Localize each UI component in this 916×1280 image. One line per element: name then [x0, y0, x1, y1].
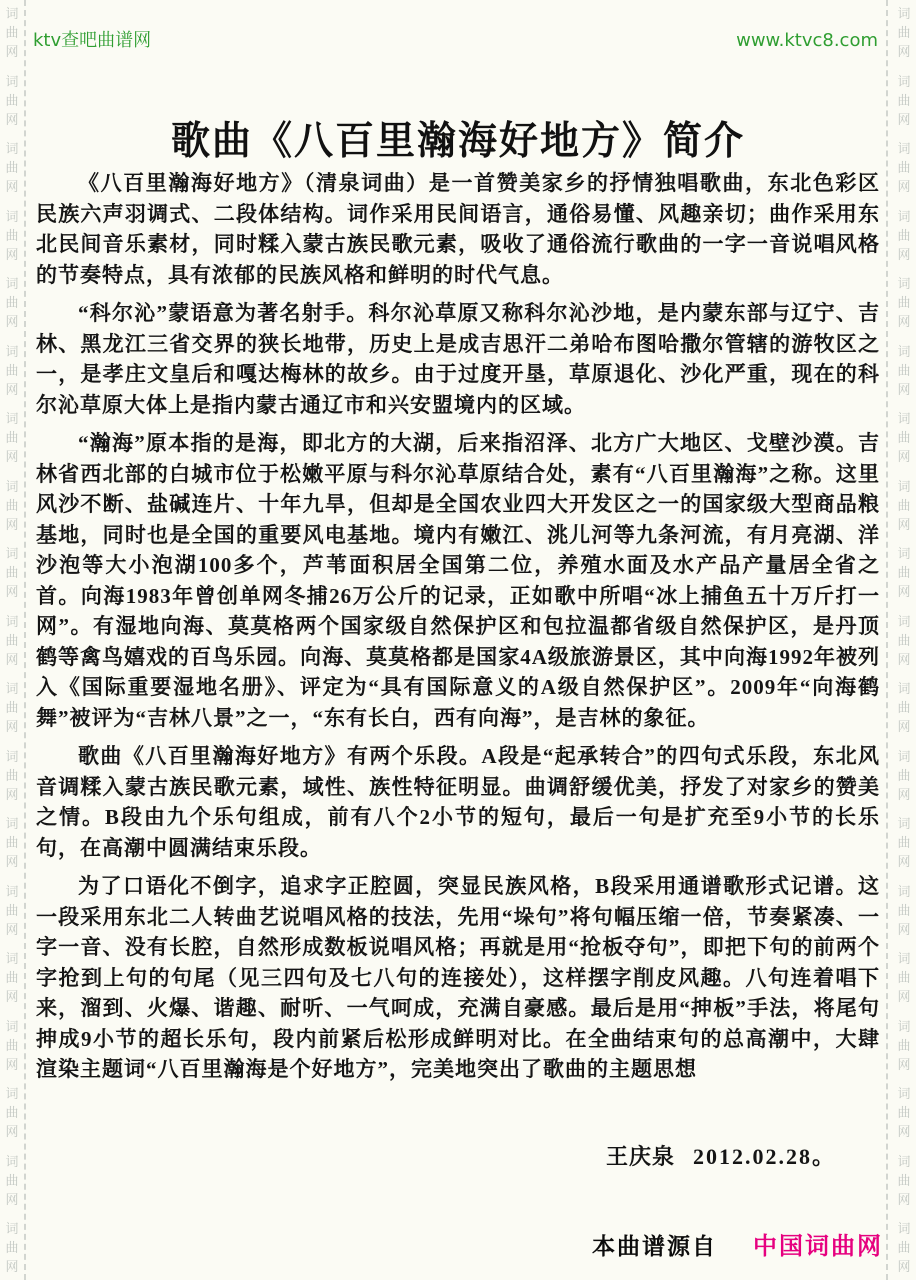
watermark-char: 曲	[5, 1103, 18, 1122]
watermark-char: 网	[897, 1055, 910, 1074]
watermark-group: 词曲网	[5, 342, 18, 399]
watermark-group: 词曲网	[897, 409, 910, 466]
watermark-char: 曲	[5, 833, 18, 852]
watermark-char: 网	[5, 177, 18, 196]
watermark-group: 词曲网	[897, 72, 910, 129]
watermark-char: 网	[5, 717, 18, 736]
watermark-char: 词	[5, 1017, 18, 1036]
left-watermark-column: 词曲网词曲网词曲网词曲网词曲网词曲网词曲网词曲网词曲网词曲网词曲网词曲网词曲网词…	[3, 4, 21, 1276]
watermark-char: 曲	[897, 91, 910, 110]
watermark-char: 网	[897, 515, 910, 534]
watermark-group: 词曲网	[897, 4, 910, 61]
watermark-char: 词	[5, 949, 18, 968]
watermark-group: 词曲网	[5, 1152, 18, 1209]
watermark-char: 曲	[897, 496, 910, 515]
watermark-char: 网	[897, 447, 910, 466]
watermark-char: 网	[897, 1190, 910, 1209]
watermark-group: 词曲网	[5, 1084, 18, 1141]
watermark-group: 词曲网	[5, 72, 18, 129]
watermark-char: 曲	[5, 226, 18, 245]
watermark-char: 网	[897, 42, 910, 61]
watermark-char: 网	[897, 177, 910, 196]
watermark-char: 网	[897, 650, 910, 669]
watermark-char: 曲	[897, 293, 910, 312]
watermark-char: 网	[5, 1122, 18, 1141]
watermark-group: 词曲网	[897, 612, 910, 669]
watermark-char: 网	[5, 380, 18, 399]
watermark-char: 网	[897, 987, 910, 1006]
watermark-char: 网	[5, 920, 18, 939]
watermark-group: 词曲网	[897, 882, 910, 939]
watermark-char: 网	[5, 785, 18, 804]
watermark-group: 词曲网	[897, 477, 910, 534]
paragraph-intro: 《八百里瀚海好地方》（清泉词曲）是一首赞美家乡的抒情独唱歌曲，东北色彩区民族六声…	[36, 168, 880, 290]
watermark-char: 曲	[5, 428, 18, 447]
watermark-group: 词曲网	[897, 679, 910, 736]
watermark-char: 网	[5, 582, 18, 601]
watermark-char: 词	[5, 747, 18, 766]
watermark-char: 词	[897, 1084, 910, 1103]
left-dashed-border	[24, 0, 26, 1280]
watermark-group: 词曲网	[5, 612, 18, 669]
watermark-char: 词	[897, 274, 910, 293]
article-body: 《八百里瀚海好地方》（清泉词曲）是一首赞美家乡的抒情独唱歌曲，东北色彩区民族六声…	[36, 168, 880, 1085]
watermark-char: 曲	[5, 496, 18, 515]
watermark-group: 词曲网	[5, 949, 18, 1006]
watermark-char: 词	[897, 477, 910, 496]
watermark-group: 词曲网	[5, 4, 18, 61]
signature-line: 王庆泉2012.02.28。	[606, 1140, 836, 1171]
watermark-char: 曲	[5, 968, 18, 987]
watermark-group: 词曲网	[897, 207, 910, 264]
watermark-group: 词曲网	[897, 1219, 910, 1276]
watermark-char: 曲	[897, 23, 910, 42]
page-footer: 本曲谱源自 中国词曲网	[592, 1226, 883, 1261]
watermark-char: 网	[897, 1122, 910, 1141]
site-link-right[interactable]: www.ktvc8.com	[736, 30, 878, 51]
watermark-char: 网	[5, 852, 18, 871]
watermark-char: 词	[5, 72, 18, 91]
watermark-char: 词	[5, 207, 18, 226]
watermark-char: 词	[897, 139, 910, 158]
watermark-char: 词	[5, 274, 18, 293]
watermark-char: 曲	[897, 698, 910, 717]
watermark-char: 曲	[897, 766, 910, 785]
watermark-char: 网	[897, 785, 910, 804]
page-header: ktv查吧曲谱网 www.ktvc8.com	[33, 26, 878, 52]
watermark-char: 网	[5, 447, 18, 466]
right-dashed-border	[886, 0, 888, 1280]
watermark-char: 网	[5, 245, 18, 264]
watermark-group: 词曲网	[5, 814, 18, 871]
watermark-char: 词	[5, 1084, 18, 1103]
watermark-char: 词	[897, 342, 910, 361]
watermark-char: 网	[5, 650, 18, 669]
watermark-char: 词	[897, 207, 910, 226]
paragraph-hanhai: “瀚海”原本指的是海，即北方的大湖，后来指沼泽、北方广大地区、戈壁沙漠。吉林省西…	[36, 428, 880, 733]
watermark-char: 网	[5, 1257, 18, 1276]
watermark-char: 词	[5, 139, 18, 158]
watermark-char: 曲	[5, 1171, 18, 1190]
watermark-char: 词	[5, 814, 18, 833]
source-label: 本曲谱源自	[592, 1228, 717, 1261]
watermark-char: 曲	[897, 631, 910, 650]
watermark-char: 词	[897, 882, 910, 901]
watermark-char: 网	[897, 245, 910, 264]
watermark-char: 曲	[5, 766, 18, 785]
watermark-char: 曲	[897, 226, 910, 245]
author-name: 王庆泉	[606, 1144, 675, 1169]
watermark-char: 词	[897, 1017, 910, 1036]
watermark-char: 曲	[5, 901, 18, 920]
watermark-char: 词	[897, 409, 910, 428]
watermark-char: 曲	[897, 428, 910, 447]
watermark-group: 词曲网	[897, 814, 910, 871]
watermark-char: 曲	[5, 158, 18, 177]
watermark-char: 词	[5, 409, 18, 428]
watermark-char: 曲	[897, 968, 910, 987]
watermark-char: 曲	[5, 698, 18, 717]
watermark-char: 词	[897, 544, 910, 563]
watermark-char: 词	[5, 477, 18, 496]
watermark-group: 词曲网	[5, 274, 18, 331]
watermark-group: 词曲网	[897, 1084, 910, 1141]
watermark-char: 曲	[897, 1036, 910, 1055]
watermark-char: 网	[897, 920, 910, 939]
watermark-group: 词曲网	[5, 679, 18, 736]
watermark-group: 词曲网	[5, 747, 18, 804]
watermark-char: 曲	[897, 901, 910, 920]
watermark-char: 曲	[5, 631, 18, 650]
watermark-char: 网	[5, 1055, 18, 1074]
source-site-link[interactable]: 中国词曲网	[753, 1226, 883, 1261]
watermark-char: 曲	[897, 1103, 910, 1122]
watermark-group: 词曲网	[897, 139, 910, 196]
watermark-char: 词	[5, 1219, 18, 1238]
watermark-char: 曲	[5, 563, 18, 582]
paragraph-technique: 为了口语化不倒字，追求字正腔圆，突显民族风格，B段采用通谱歌形式记谱。这一段采用…	[36, 871, 880, 1085]
scanned-document-page: 词曲网词曲网词曲网词曲网词曲网词曲网词曲网词曲网词曲网词曲网词曲网词曲网词曲网词…	[0, 0, 916, 1280]
watermark-group: 词曲网	[897, 1152, 910, 1209]
watermark-char: 网	[897, 717, 910, 736]
watermark-char: 网	[897, 110, 910, 129]
watermark-char: 曲	[897, 361, 910, 380]
watermark-char: 曲	[897, 1171, 910, 1190]
watermark-char: 词	[5, 4, 18, 23]
watermark-group: 词曲网	[5, 1017, 18, 1074]
watermark-char: 曲	[5, 1238, 18, 1257]
watermark-group: 词曲网	[5, 882, 18, 939]
watermark-char: 曲	[897, 563, 910, 582]
watermark-char: 曲	[5, 361, 18, 380]
watermark-char: 网	[5, 110, 18, 129]
site-link-left[interactable]: ktv查吧曲谱网	[33, 26, 151, 52]
watermark-char: 词	[897, 72, 910, 91]
watermark-group: 词曲网	[5, 139, 18, 196]
watermark-char: 词	[897, 4, 910, 23]
watermark-char: 词	[5, 342, 18, 361]
watermark-char: 词	[897, 679, 910, 698]
watermark-char: 网	[5, 515, 18, 534]
watermark-group: 词曲网	[897, 747, 910, 804]
watermark-char: 网	[897, 852, 910, 871]
watermark-char: 词	[897, 814, 910, 833]
page-title: 歌曲《八百里瀚海好地方》简介	[40, 110, 876, 166]
signature-date: 2012.02.28。	[693, 1144, 836, 1169]
watermark-char: 词	[5, 1152, 18, 1171]
watermark-char: 曲	[5, 293, 18, 312]
watermark-char: 词	[5, 612, 18, 631]
watermark-char: 词	[897, 747, 910, 766]
watermark-char: 网	[5, 312, 18, 331]
watermark-char: 词	[5, 544, 18, 563]
watermark-char: 网	[5, 42, 18, 61]
watermark-char: 曲	[897, 833, 910, 852]
watermark-char: 网	[897, 312, 910, 331]
watermark-char: 网	[897, 582, 910, 601]
watermark-char: 词	[5, 679, 18, 698]
watermark-group: 词曲网	[897, 274, 910, 331]
watermark-char: 词	[897, 612, 910, 631]
watermark-char: 曲	[5, 23, 18, 42]
watermark-group: 词曲网	[5, 544, 18, 601]
watermark-group: 词曲网	[897, 342, 910, 399]
watermark-char: 网	[897, 380, 910, 399]
watermark-group: 词曲网	[897, 949, 910, 1006]
watermark-char: 网	[897, 1257, 910, 1276]
watermark-char: 词	[897, 1219, 910, 1238]
paragraph-song-sections: 歌曲《八百里瀚海好地方》有两个乐段。A段是“起承转合”的四句式乐段，东北风音调糅…	[36, 741, 880, 863]
watermark-char: 词	[897, 1152, 910, 1171]
watermark-group: 词曲网	[5, 1219, 18, 1276]
watermark-group: 词曲网	[5, 477, 18, 534]
watermark-char: 网	[5, 1190, 18, 1209]
watermark-char: 词	[5, 882, 18, 901]
watermark-char: 网	[5, 987, 18, 1006]
watermark-char: 曲	[5, 91, 18, 110]
watermark-char: 曲	[5, 1036, 18, 1055]
watermark-char: 曲	[897, 1238, 910, 1257]
watermark-group: 词曲网	[5, 207, 18, 264]
watermark-group: 词曲网	[5, 409, 18, 466]
watermark-group: 词曲网	[897, 544, 910, 601]
right-watermark-column: 词曲网词曲网词曲网词曲网词曲网词曲网词曲网词曲网词曲网词曲网词曲网词曲网词曲网词…	[895, 4, 913, 1276]
watermark-char: 词	[897, 949, 910, 968]
paragraph-keerqin: “科尔沁”蒙语意为著名射手。科尔沁草原又称科尔沁沙地，是内蒙东部与辽宁、吉林、黑…	[36, 298, 880, 420]
watermark-group: 词曲网	[897, 1017, 910, 1074]
watermark-char: 曲	[897, 158, 910, 177]
